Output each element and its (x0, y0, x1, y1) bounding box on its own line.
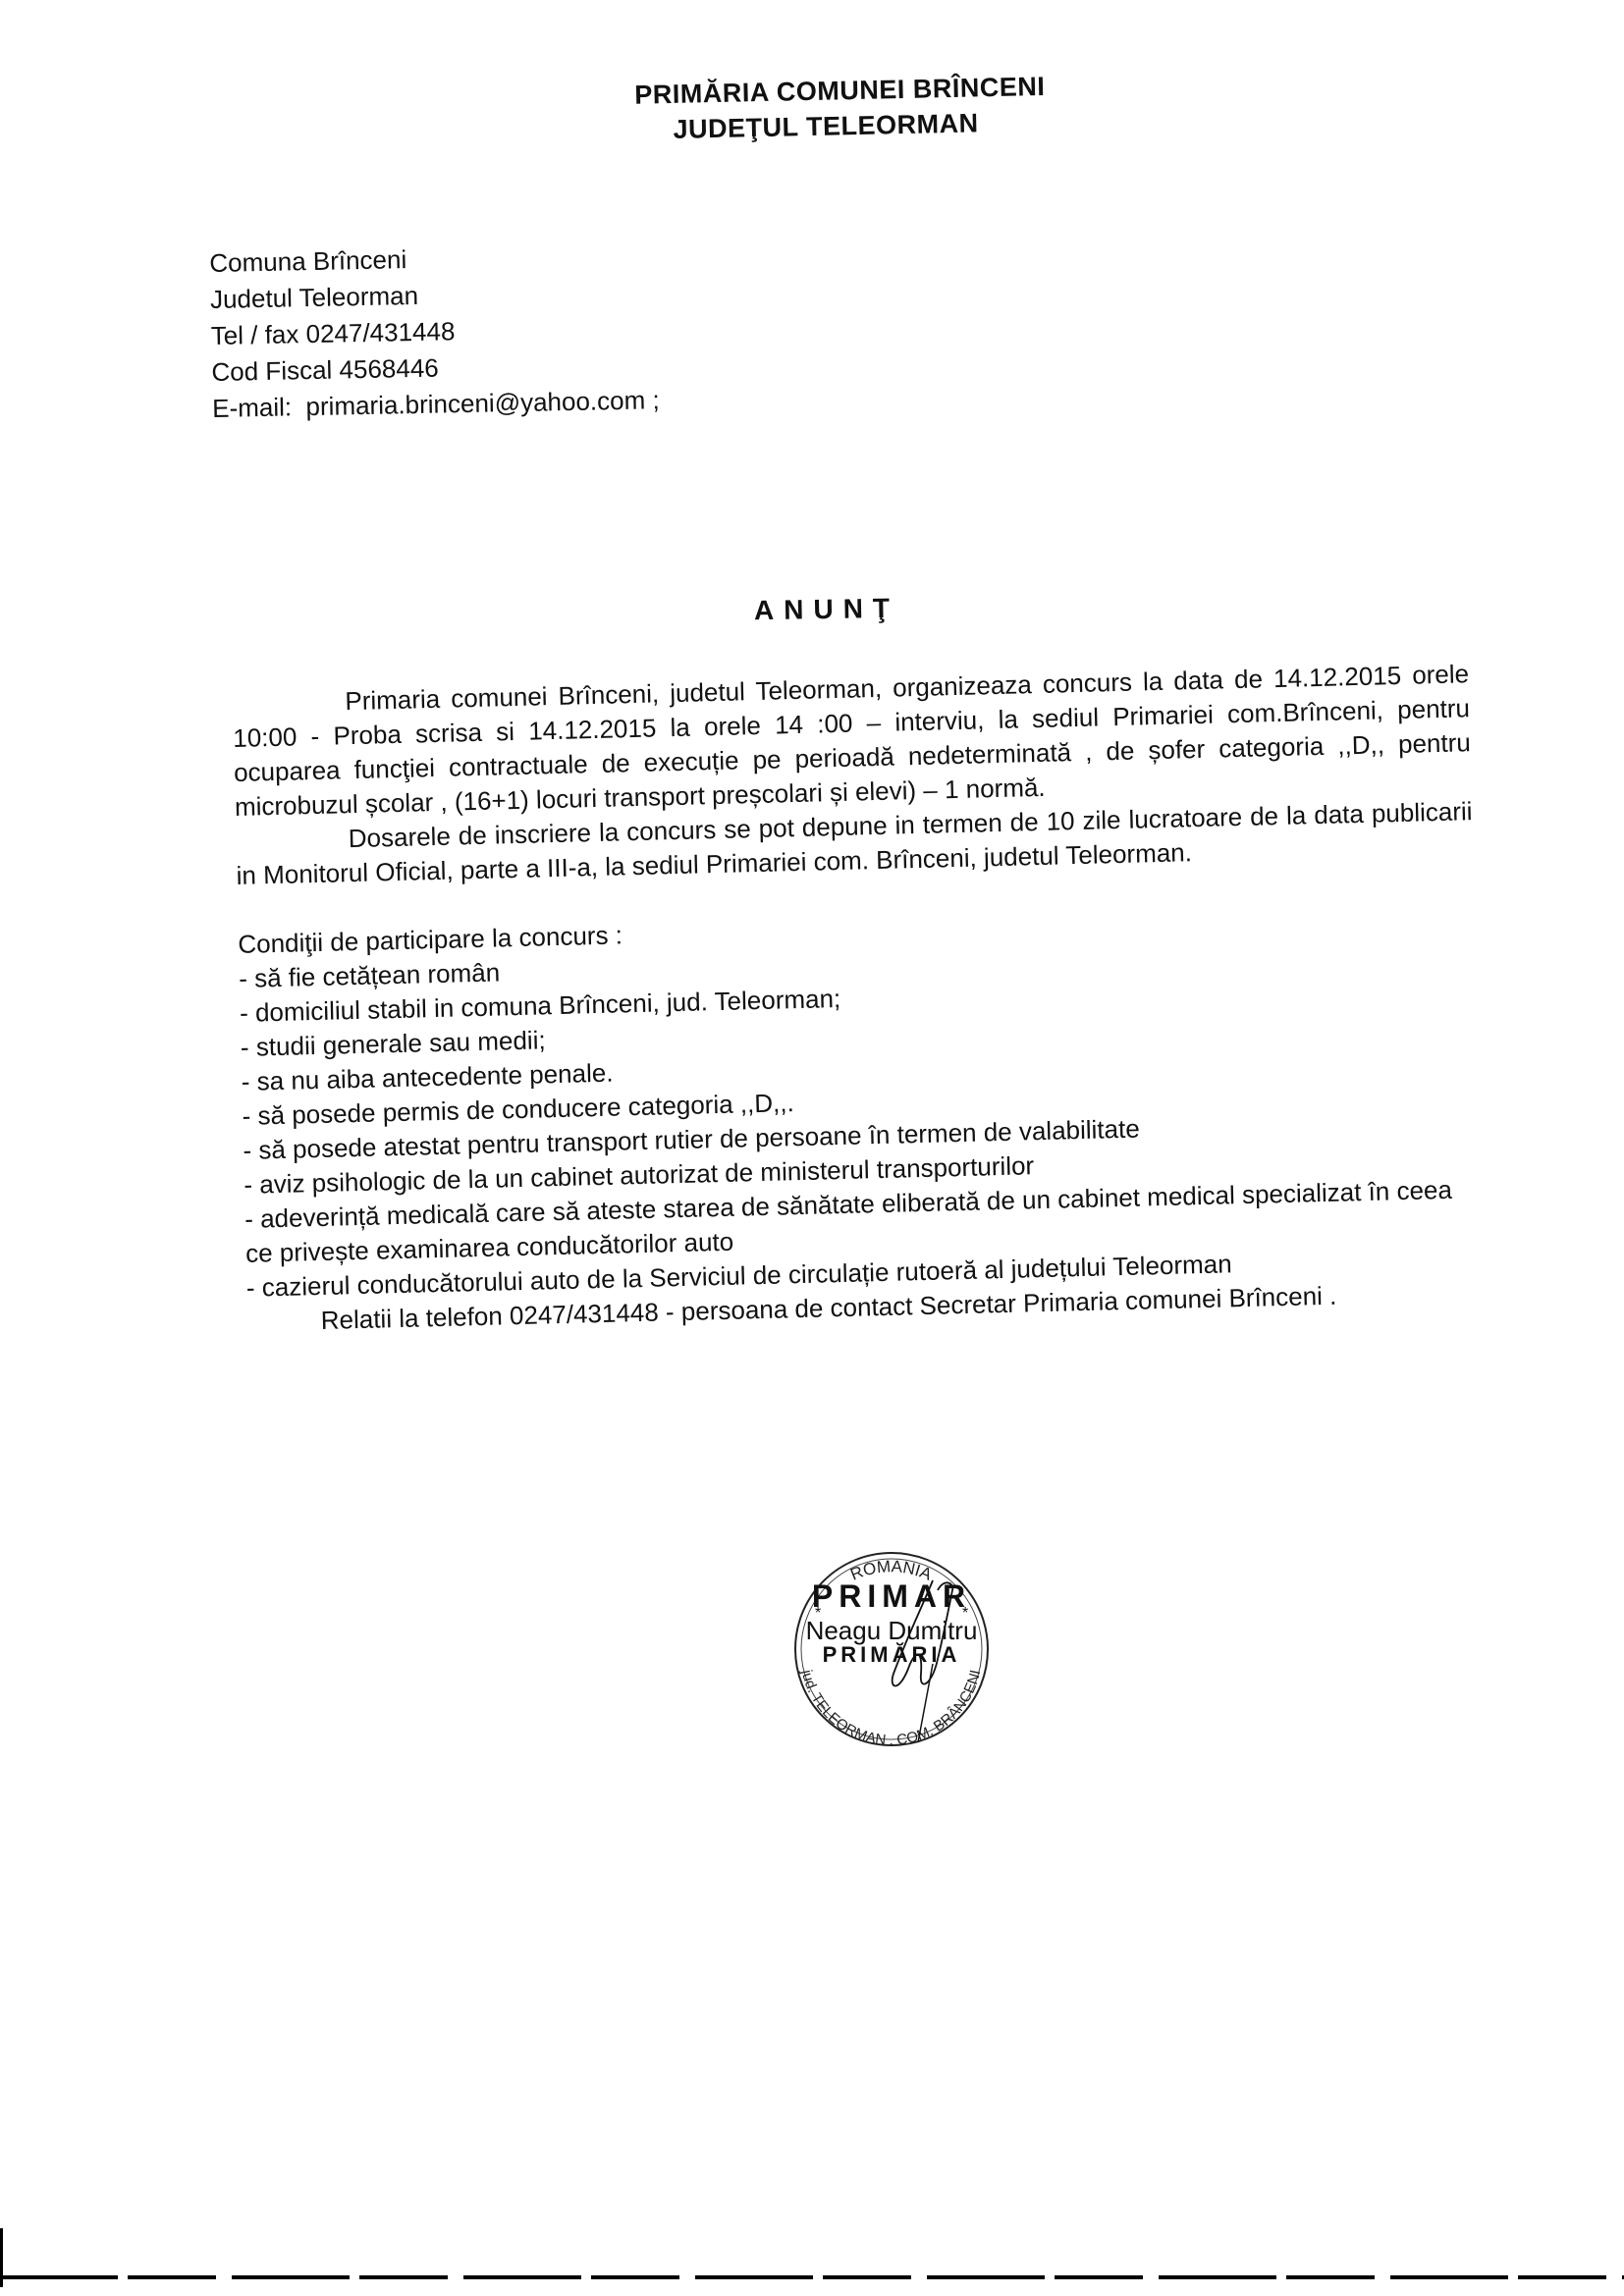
document-header: PRIMĂRIA COMUNEI BRÎNCENI JUDEŢUL TELEOR… (574, 68, 1106, 149)
stamp-signer-name: Neagu Dumitru (806, 1616, 978, 1645)
stamp-title: PRIMAR (812, 1578, 971, 1614)
stamp-seal-icon: ROMANIA jud. TELEORMAN . COM. BRÂNCENI P… (776, 1546, 1006, 1752)
header-county: JUDEŢUL TELEORMAN (546, 103, 1107, 150)
document-title: ANUNŢ (754, 593, 900, 627)
scan-bottom-line (0, 2275, 1624, 2279)
document-body: Primaria comunei Brînceni, judetul Teleo… (232, 657, 1485, 1340)
contact-email: E-mail: primaria.brinceni@yahoo.com ; (212, 382, 660, 427)
svg-text:jud. TELEORMAN . COM. BRÂNCENI: jud. TELEORMAN . COM. BRÂNCENI (798, 1668, 985, 1749)
conditions-list: - să fie cetățean român - domiciliul sta… (239, 932, 1484, 1306)
document-page: PRIMĂRIA COMUNEI BRÎNCENI JUDEŢUL TELEOR… (0, 0, 1624, 2296)
official-stamp: ROMANIA jud. TELEORMAN . COM. BRÂNCENI P… (776, 1546, 1006, 1752)
header-institution: PRIMĂRIA COMUNEI BRÎNCENI (634, 72, 1046, 110)
contact-block: Comuna Brînceni Judetul Teleorman Tel / … (209, 237, 660, 427)
stamp-bottom-text: jud. TELEORMAN . COM. BRÂNCENI (798, 1668, 985, 1749)
